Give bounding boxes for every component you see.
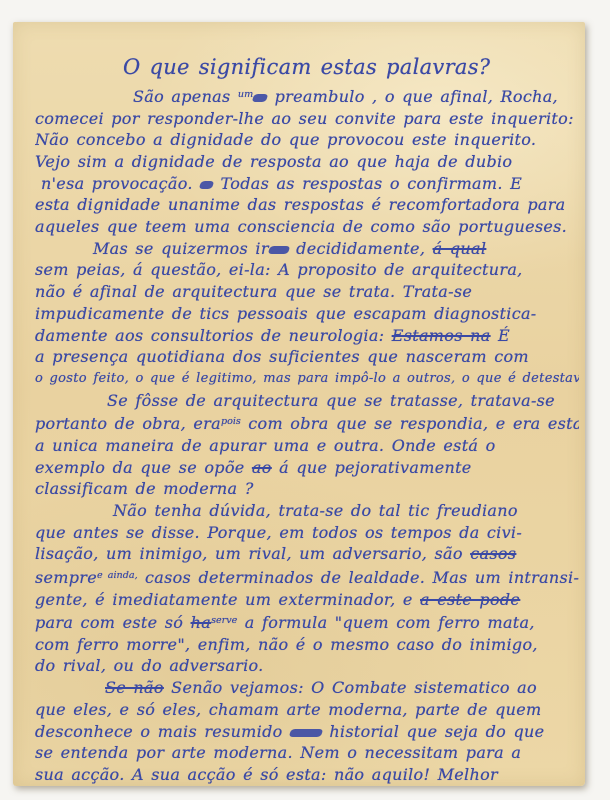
ink-blot-scribble <box>289 729 324 737</box>
manuscript-line: impudicamente de tics pessoais que escap… <box>35 303 579 325</box>
handwritten-text: preambulo , o que afinal, Rocha, <box>267 87 558 106</box>
manuscript-line: a unica maneira de apurar uma e outra. O… <box>35 435 579 457</box>
handwritten-text: Se fôsse de arquitectura que se tratasse… <box>107 391 555 410</box>
interlinear-insertion: um <box>238 89 253 100</box>
manuscript-line: O que significam estas palavras? <box>35 50 579 84</box>
handwritten-text: com ferro morre", enfim, não é o mesmo c… <box>35 635 538 654</box>
handwritten-text: Não concebo a dignidade do que provocou … <box>35 130 536 149</box>
handwritten-text: São apenas <box>133 87 238 106</box>
handwritten-text: com obra que se respondia, e era esta <box>241 414 579 433</box>
manuscript-line: se entenda por arte moderna. Nem o neces… <box>35 742 579 764</box>
manuscript-line: gente, é imediatamente um exterminador, … <box>35 589 579 611</box>
manuscript-line: para com este só haserve a formula "quem… <box>35 610 579 634</box>
handwritten-text: É <box>491 326 510 345</box>
manuscript-lines: O que significam estas palavras?São apen… <box>13 22 585 786</box>
handwritten-text: á que pejorativamente <box>272 458 472 477</box>
handwritten-text: portanto de obra, era <box>35 414 221 433</box>
handwritten-text: sem peias, á questão, ei-la: A proposito… <box>35 260 523 279</box>
handwritten-text: não é afinal de arquitectura que se trat… <box>35 282 472 301</box>
handwritten-text: Senão vejamos: O Combate sistematico ao <box>164 678 537 697</box>
manuscript-line: comecei por responder-lhe ao seu convite… <box>35 108 579 130</box>
manuscript-line: com ferro morre", enfim, não é o mesmo c… <box>35 634 579 656</box>
handwritten-text: Todas as respostas o confirmam. E <box>213 174 522 193</box>
interlinear-insertion: pois <box>221 416 241 427</box>
manuscript-line: sempree ainda, casos determinados de lea… <box>35 565 579 589</box>
struck-out-text: a este pode <box>420 590 520 609</box>
manuscript-line: a presença quotidiana dos suficientes qu… <box>35 346 579 368</box>
manuscript-line: Se fôsse de arquitectura que se tratasse… <box>35 390 579 412</box>
handwritten-text: Não tenha dúvida, trata-se do tal tic fr… <box>113 501 518 520</box>
manuscript-line: o gosto feito, o que é legitimo, mas par… <box>35 368 579 390</box>
handwritten-text: para com este só <box>35 613 191 632</box>
handwritten-text: o gosto feito, o que é legitimo, mas par… <box>35 371 579 386</box>
manuscript-line: Não tenha dúvida, trata-se do tal tic fr… <box>35 500 579 522</box>
manuscript-line: Mas se quizermos ir decididamente, á qua… <box>35 238 579 260</box>
manuscript-line: classificam de moderna ? <box>35 478 579 500</box>
handwritten-text: a presença quotidiana dos suficientes qu… <box>35 347 529 366</box>
manuscript-line: Se não Senão vejamos: O Combate sistemat… <box>35 677 579 699</box>
handwritten-text: exemplo da que se opõe <box>35 458 252 477</box>
manuscript-line: sem peias, á questão, ei-la: A proposito… <box>35 259 579 281</box>
handwritten-text: historial que seja do que <box>322 722 544 741</box>
handwritten-text: se entenda por arte moderna. Nem o neces… <box>35 743 521 762</box>
handwritten-text: Vejo sim a dignidade de resposta ao que … <box>35 152 512 171</box>
struck-out-text: Estamos na <box>392 326 491 345</box>
handwritten-text: impudicamente de tics pessoais que escap… <box>35 304 537 323</box>
struck-out-text: casos <box>470 544 516 563</box>
handwritten-text: a unica maneira de apurar uma e outra. O… <box>35 436 496 455</box>
interlinear-insertion: serve <box>211 615 237 626</box>
manuscript-line: desconhece o mais resumido historial que… <box>35 721 579 743</box>
manuscript-line: n'esa provocação. Todas as respostas o c… <box>35 173 579 195</box>
handwritten-text: lisação, um inimigo, um rival, um advers… <box>35 544 470 563</box>
manuscript-line: não é afinal de arquitectura que se trat… <box>35 281 579 303</box>
manuscript-line: sua acção. A sua acção é só esta: não aq… <box>35 764 579 786</box>
handwritten-text: do rival, ou do adversario. <box>35 656 264 675</box>
struck-out-text: ha <box>191 613 211 632</box>
struck-out-text: ao <box>252 458 272 477</box>
handwritten-text: a formula "quem com ferro mata, <box>237 613 534 632</box>
handwritten-text: comecei por responder-lhe ao seu convite… <box>35 109 574 128</box>
handwritten-text: decididamente, <box>289 239 433 258</box>
handwritten-text: damente aos consultorios de neurologia: <box>35 326 392 345</box>
handwritten-text: O que significam estas palavras? <box>123 55 490 79</box>
manuscript-line: Vejo sim a dignidade de resposta ao que … <box>35 151 579 173</box>
handwritten-text: que antes se disse. Porque, em todos os … <box>35 523 522 542</box>
manuscript-line: que eles, e só eles, chamam arte moderna… <box>35 699 579 721</box>
manuscript-line: lisação, um inimigo, um rival, um advers… <box>35 543 579 565</box>
interlinear-insertion: e ainda, <box>97 570 138 581</box>
scan-background: O que significam estas palavras?São apen… <box>0 0 610 800</box>
handwritten-text: casos determinados de lealdade. Mas um i… <box>138 568 579 587</box>
manuscript-page: O que significam estas palavras?São apen… <box>13 22 585 786</box>
struck-out-text: Se não <box>105 678 164 697</box>
manuscript-line: portanto de obra, erapois com obra que s… <box>35 411 579 435</box>
handwritten-text: aqueles que teem uma consciencia de como… <box>35 217 567 236</box>
manuscript-line: aqueles que teem uma consciencia de como… <box>35 216 579 238</box>
ink-blot-scribble <box>267 246 290 254</box>
manuscript-line: esta dignidade unanime das respostas é r… <box>35 194 579 216</box>
manuscript-line: Não concebo a dignidade do que provocou … <box>35 129 579 151</box>
handwritten-text: Mas se quizermos ir <box>93 239 269 258</box>
handwritten-text: gente, é imediatamente um exterminador, … <box>35 590 420 609</box>
manuscript-line: São apenas um preambulo , o que afinal, … <box>35 84 579 108</box>
ink-blot-scribble <box>252 94 269 102</box>
manuscript-line: damente aos consultorios de neurologia: … <box>35 325 579 347</box>
manuscript-line: que antes se disse. Porque, em todos os … <box>35 522 579 544</box>
handwritten-text: esta dignidade unanime das respostas é r… <box>35 195 566 214</box>
manuscript-line: do rival, ou do adversario. <box>35 655 579 677</box>
handwritten-text: classificam de moderna ? <box>35 479 254 498</box>
handwritten-text: n'esa provocação. <box>41 174 200 193</box>
handwritten-text: sempre <box>35 568 97 587</box>
struck-out-text: á qual <box>433 239 487 258</box>
handwritten-text: que eles, e só eles, chamam arte moderna… <box>35 700 541 719</box>
handwritten-text: desconhece o mais resumido <box>35 722 290 741</box>
manuscript-line: exemplo da que se opõe ao á que pejorati… <box>35 457 579 479</box>
handwritten-text: sua acção. A sua acção é só esta: não aq… <box>35 765 498 784</box>
